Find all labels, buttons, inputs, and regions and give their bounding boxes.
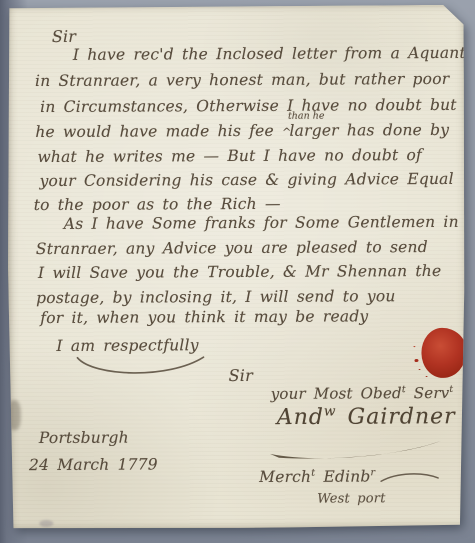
letter-line: he would have made his fee ^than helarge… [35,121,449,141]
edge-smudge [8,400,21,430]
ink-flourish [73,354,208,381]
place-line: Portsburgh [39,429,129,447]
signature-flourish [267,437,447,464]
signature: Andw Gairdner [277,403,456,430]
closing-sir: Sir [229,366,253,385]
superscript: r [370,467,375,478]
letter-line: postage, by inclosing it, I will send to… [36,287,395,307]
letter-line: As I have Some franks for Some Gentlemen… [64,213,459,233]
valediction-text: Serv [406,384,450,402]
letter-page: Sir I have rec'd the Inclosed letter fro… [7,5,467,529]
letter-line: your Considering his case & giving Advic… [40,170,454,190]
letter-line: what he writes me — But I have no doubt … [37,146,422,166]
valediction: your Most Obedt Servt [271,384,454,403]
merchant-line: Mercht Edinbr [259,467,441,486]
letter-line: for it, when you think it may be ready [40,307,368,327]
merchant-text: Edinb [315,467,370,485]
closing-line: I am respectfully [56,336,198,355]
interlinear-insertion: ^than helarger [282,121,339,139]
inserted-text: than he [288,111,325,122]
letter-line: I will Save you the Trouble, & Mr Shenna… [38,262,441,282]
signature-text: Gairdner [337,404,456,430]
line-text: larger [289,121,338,139]
line-text: he would have made his fee [35,122,282,141]
letter-line: Stranraer, any Advice you are pleased to… [36,238,428,258]
signature-text: And [277,405,324,430]
letter-line: to the poor as to the Rich — [34,195,281,214]
date-line: 24 March 1779 [29,455,158,474]
letter-line: in Stranraer, a very honest man, but rat… [35,70,449,90]
valediction-text: your Most Obed [271,384,402,403]
photo-backdrop: Sir I have rec'd the Inclosed letter fro… [0,0,475,543]
salutation: Sir [52,27,76,46]
superscript: w [324,403,337,419]
dash-flourish [379,470,441,484]
letter-line: I have rec'd the Inclosed letter from a … [73,44,475,64]
westport-line: West port [317,491,385,506]
line-text: has done by [339,121,450,140]
corner-smudge [39,520,53,527]
merchant-text: Merch [259,468,311,486]
letter-line: in Circumstances, Otherwise I have no do… [40,96,457,116]
red-wax-seal [421,328,466,378]
superscript: t [449,384,453,395]
